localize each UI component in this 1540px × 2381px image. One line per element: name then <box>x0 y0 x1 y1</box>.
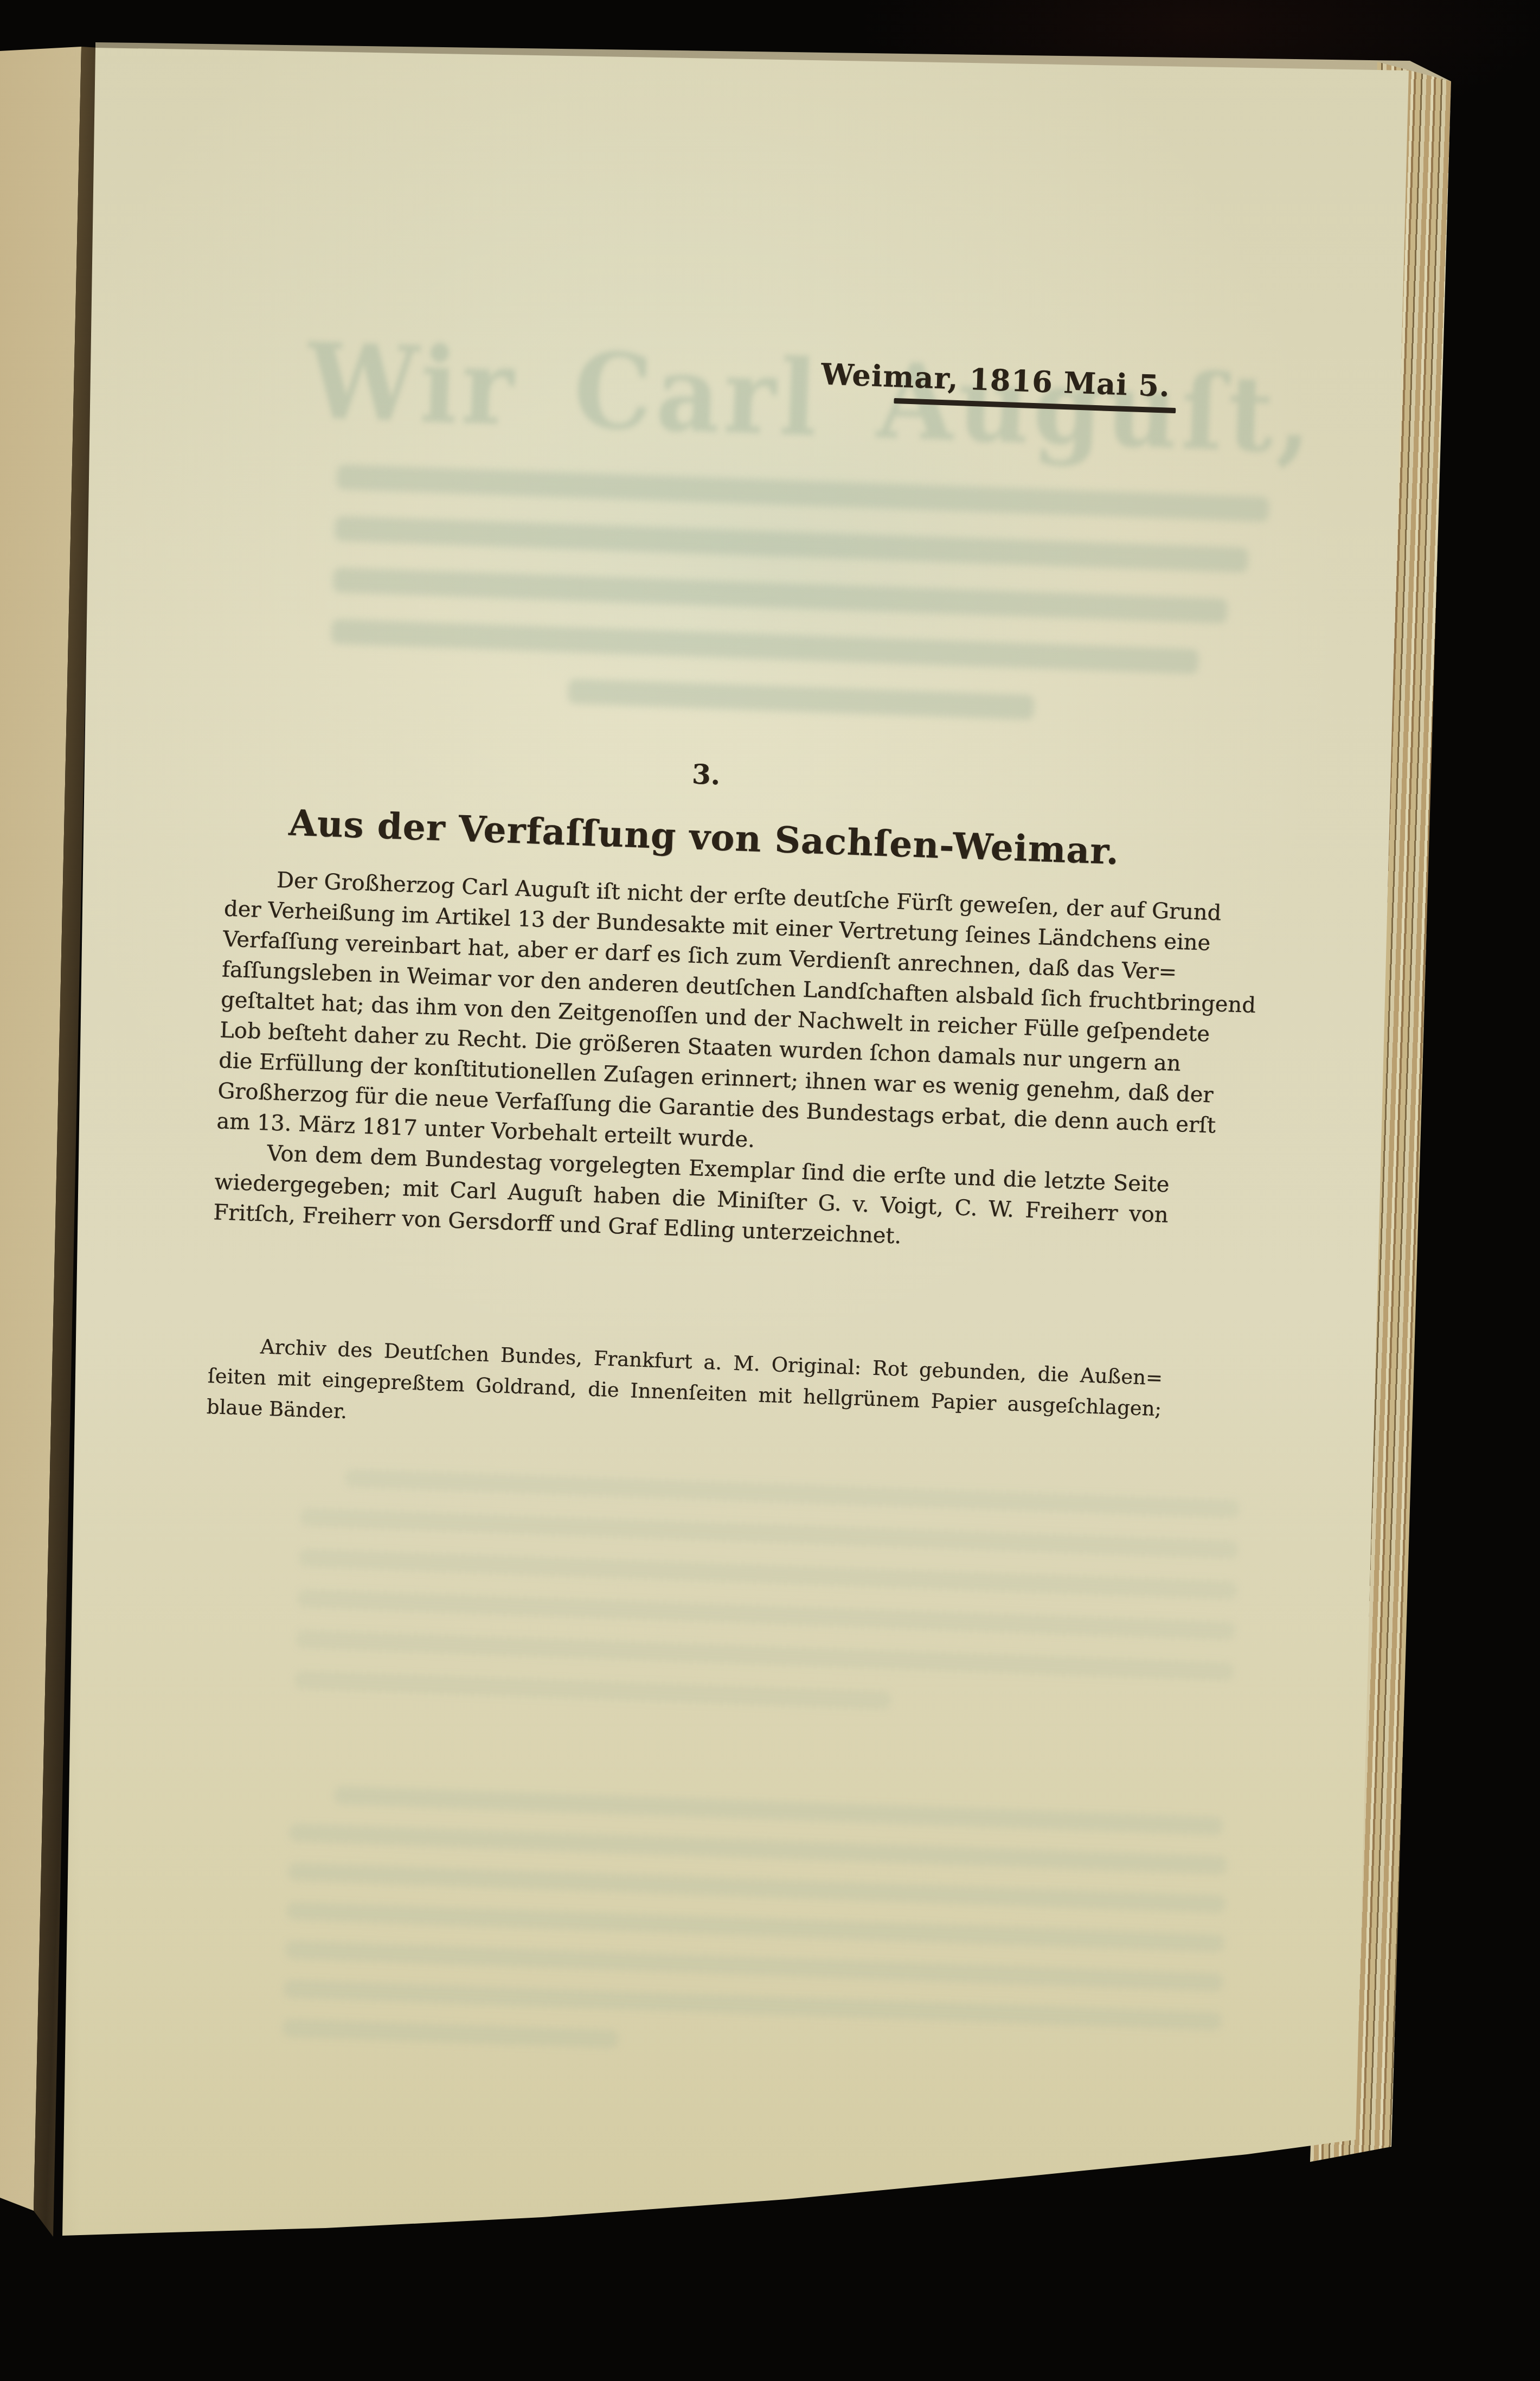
showthrough-line <box>296 1630 1234 1681</box>
body-text: Der Großherzog Carl Auguſt iſt nicht der… <box>213 863 1179 1261</box>
showthrough-line <box>345 1469 1240 1519</box>
showthrough-line <box>335 516 1249 573</box>
photo-background: Wir Carl Auguſt, Weimar, 1816 Mai 5. 3. … <box>0 0 1540 2381</box>
source-note: Archiv des Deutſchen Bundes, Frankfurt a… <box>206 1329 1163 1455</box>
showthrough-line <box>297 1589 1235 1640</box>
page-content: Wir Carl Auguſt, Weimar, 1816 Mai 5. 3. … <box>15 22 1415 2290</box>
showthrough-paragraph-middle <box>294 1467 1246 1744</box>
showthrough-paragraph-bottom <box>281 1784 1234 2090</box>
showthrough-line <box>334 1786 1223 1835</box>
book-page: Wir Carl Auguſt, Weimar, 1816 Mai 5. 3. … <box>0 0 1540 2381</box>
showthrough-line <box>568 679 1035 720</box>
showthrough-line <box>294 1670 891 1710</box>
showthrough-line <box>331 619 1199 674</box>
showthrough-line <box>333 567 1228 624</box>
showthrough-line <box>299 1548 1237 1599</box>
section-title: Aus der Verfaſſung von Sachſen-Weimar. <box>226 799 1182 875</box>
showthrough-line <box>283 2019 619 2049</box>
showthrough-line <box>300 1508 1238 1559</box>
showthrough-paragraph-top <box>328 464 1280 754</box>
